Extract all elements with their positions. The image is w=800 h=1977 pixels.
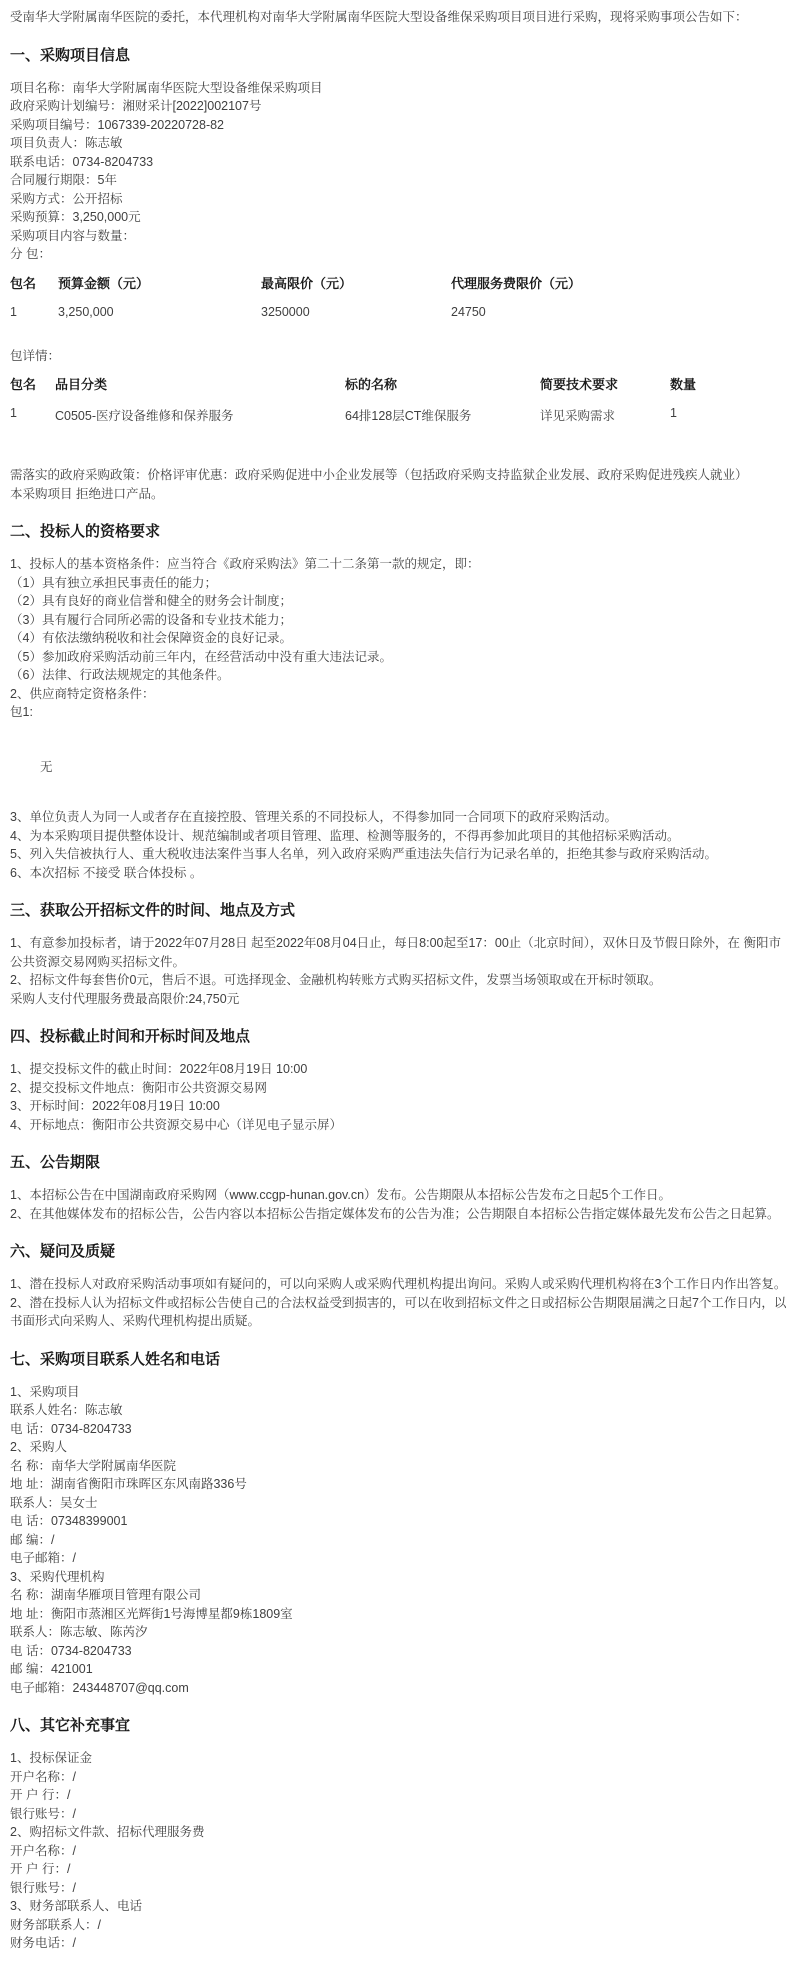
text-line: 开户名称：/	[10, 1768, 790, 1787]
text-line: 名 称：南华大学附属南华医院	[10, 1457, 790, 1476]
text-line: 电子邮箱：243448707@qq.com	[10, 1679, 790, 1698]
column-header: 代理服务费限价（元）	[451, 268, 790, 305]
text-line: 电子邮箱：/	[10, 1549, 790, 1568]
text-line: 邮 编：421001	[10, 1660, 790, 1679]
text-line: 采购项目编号：1067339-20220728-82	[10, 116, 790, 135]
text-line: 开户名称：/	[10, 1842, 790, 1861]
table-row: 1C0505-医疗设备维修和保养服务64排128层CT维保服务详见采购需求1	[10, 406, 790, 438]
blank-spacer	[10, 776, 790, 808]
text-line: 合同履行期限：5年	[10, 171, 790, 190]
packages-summary-table: 包名预算金额（元）最高限价（元）代理服务费限价（元）13,250,0003250…	[10, 268, 790, 333]
section-heading: 七、采购项目联系人姓名和电话	[10, 1350, 790, 1370]
text-line: 2、供应商特定资格条件：	[10, 685, 790, 704]
section-heading: 六、疑问及质疑	[10, 1242, 790, 1262]
table-cell: 1	[10, 305, 58, 333]
text-line: 5、列入失信被执行人、重大税收违法案件当事人名单，列入政府采购严重违法失信行为记…	[10, 845, 790, 864]
text-line: 财务部联系人：/	[10, 1916, 790, 1935]
text-line: 地 址：衡阳市蒸湘区光辉街1号海博星都9栋1809室	[10, 1605, 790, 1624]
text-line: 本采购项目 拒绝进口产品。	[10, 485, 790, 504]
text-line: 采购人支付代理服务费最高限价:24,750元	[10, 990, 790, 1009]
column-header: 包名	[10, 268, 58, 305]
section-heading: 四、投标截止时间和开标时间及地点	[10, 1027, 790, 1047]
text-line: 采购方式：公开招标	[10, 190, 790, 209]
table-row: 13,250,000325000024750	[10, 305, 790, 333]
column-header: 标的名称	[345, 369, 540, 406]
text-line: 1、有意参加投标者，请于2022年07月28日 起至2022年08月04日止，每…	[10, 934, 790, 971]
text-line: （5）参加政府采购活动前三年内，在经营活动中没有重大违法记录。	[10, 648, 790, 667]
text-line: 6、本次招标 不接受 联合体投标 。	[10, 864, 790, 883]
text-line: 包1:	[10, 703, 790, 722]
text-line: 2、购招标文件款、招标代理服务费	[10, 1823, 790, 1842]
text-line: 邮 编：/	[10, 1531, 790, 1550]
text-line: （4）有依法缴纳税收和社会保障资金的良好记录。	[10, 629, 790, 648]
text-line: 1、本招标公告在中国湖南政府采购网（www.ccgp-hunan.gov.cn）…	[10, 1186, 790, 1205]
column-header: 包名	[10, 369, 55, 406]
text-line: 财务电话：/	[10, 1934, 790, 1953]
text-line: 2、在其他媒体发布的招标公告，公告内容以本招标公告指定媒体发布的公告为准；公告期…	[10, 1205, 790, 1224]
table-cell: 1	[670, 406, 790, 438]
text-line: 项目负责人：陈志敏	[10, 134, 790, 153]
text-line: 2、招标文件每套售价0元，售后不退。可选择现金、金融机构转账方式购买招标文件，发…	[10, 971, 790, 990]
section-heading: 五、公告期限	[10, 1153, 790, 1173]
text-line: 电 话：0734-8204733	[10, 1642, 790, 1661]
procurement-announcement-document: 受南华大学附属南华医院的委托，本代理机构对南华大学附属南华医院大型设备维保采购项…	[0, 0, 800, 1977]
blank-spacer	[10, 722, 790, 758]
text-line: 分 包：	[10, 245, 790, 264]
column-header: 最高限价（元）	[261, 268, 451, 305]
section-heading: 三、获取公开招标文件的时间、地点及方式	[10, 901, 790, 921]
table-header-row: 包名品目分类标的名称简要技术要求数量	[10, 369, 790, 406]
table-cell: 3,250,000	[58, 305, 261, 333]
text-line: 银行账号：/	[10, 1879, 790, 1898]
text-line: 3、财务部联系人、电话	[10, 1897, 790, 1916]
text-line: 3、采购代理机构	[10, 1568, 790, 1587]
text-line: 项目名称：南华大学附属南华医院大型设备维保采购项目	[10, 79, 790, 98]
text-line: 联系人：吴女士	[10, 1494, 790, 1513]
text-line: 名 称：湖南华雁项目管理有限公司	[10, 1586, 790, 1605]
table-cell: 24750	[451, 305, 790, 333]
text-line: 开 户 行：/	[10, 1786, 790, 1805]
text-line: （3）具有履行合同所必需的设备和专业技术能力；	[10, 611, 790, 630]
text-line: 联系电话：0734-8204733	[10, 153, 790, 172]
section-heading: 一、采购项目信息	[10, 46, 790, 66]
text-line: 银行账号：/	[10, 1805, 790, 1824]
text-line: 1、投标人的基本资格条件：应当符合《政府采购法》第二十二条第一款的规定，即：	[10, 555, 790, 574]
column-header: 预算金额（元）	[58, 268, 261, 305]
table-cell: C0505-医疗设备维修和保养服务	[55, 406, 345, 438]
column-header: 简要技术要求	[540, 369, 670, 406]
text-line: 开 户 行：/	[10, 1860, 790, 1879]
text-line: 采购项目内容与数量：	[10, 227, 790, 246]
column-header: 数量	[670, 369, 790, 406]
text-line: 联系人：陈志敏、陈芮汐	[10, 1623, 790, 1642]
text-line: 4、为本采购项目提供整体设计、规范编制或者项目管理、监理、检测等服务的，不得再参…	[10, 827, 790, 846]
text-line: 2、采购人	[10, 1438, 790, 1457]
table-cell: 详见采购需求	[540, 406, 670, 438]
text-line: 政府采购计划编号：湘财采计[2022]002107号	[10, 97, 790, 116]
text-line: 1、采购项目	[10, 1383, 790, 1402]
column-header: 品目分类	[55, 369, 345, 406]
text-line: 受南华大学附属南华医院的委托，本代理机构对南华大学附属南华医院大型设备维保采购项…	[10, 8, 790, 27]
text-line: 需落实的政府采购政策：价格评审优惠：政府采购促进中小企业发展等（包括政府采购支持…	[10, 466, 790, 485]
text-line: 3、开标时间：2022年08月19日 10:00	[10, 1097, 790, 1116]
text-line: 地 址：湖南省衡阳市珠晖区东风南路336号	[10, 1475, 790, 1494]
text-line: 1、投标保证金	[10, 1749, 790, 1768]
text-line: 采购预算：3,250,000元	[10, 208, 790, 227]
text-line: 1、提交投标文件的截止时间：2022年08月19日 10:00	[10, 1060, 790, 1079]
text-line: （6）法律、行政法规规定的其他条件。	[10, 666, 790, 685]
text-line: 2、潜在投标人认为招标文件或招标公告使自己的合法权益受到损害的，可以在收到招标文…	[10, 1294, 790, 1331]
text-line: 无	[10, 758, 790, 777]
section-heading: 二、投标人的资格要求	[10, 522, 790, 542]
table-cell: 3250000	[261, 305, 451, 333]
text-line: 1、潜在投标人对政府采购活动事项如有疑问的，可以向采购人或采购代理机构提出询问。…	[10, 1275, 790, 1294]
text-line: 联系人姓名：陈志敏	[10, 1401, 790, 1420]
section-heading: 八、其它补充事宜	[10, 1716, 790, 1736]
text-line: 2、提交投标文件地点：衡阳市公共资源交易网	[10, 1079, 790, 1098]
text-line: （1）具有独立承担民事责任的能力；	[10, 574, 790, 593]
text-line: 4、开标地点：衡阳市公共资源交易中心（详见电子显示屏）	[10, 1116, 790, 1135]
blank-spacer	[10, 452, 790, 466]
text-line: 3、单位负责人为同一人或者存在直接控股、管理关系的不同投标人，不得参加同一合同项…	[10, 808, 790, 827]
package-details-table: 包名品目分类标的名称简要技术要求数量1C0505-医疗设备维修和保养服务64排1…	[10, 369, 790, 438]
text-line: （2）具有良好的商业信誉和健全的财务会计制度；	[10, 592, 790, 611]
table-cell: 64排128层CT维保服务	[345, 406, 540, 438]
text-line: 电 话：07348399001	[10, 1512, 790, 1531]
table-header-row: 包名预算金额（元）最高限价（元）代理服务费限价（元）	[10, 268, 790, 305]
table-cell: 1	[10, 406, 55, 438]
text-line: 包详情：	[10, 347, 790, 366]
text-line: 电 话：0734-8204733	[10, 1420, 790, 1439]
